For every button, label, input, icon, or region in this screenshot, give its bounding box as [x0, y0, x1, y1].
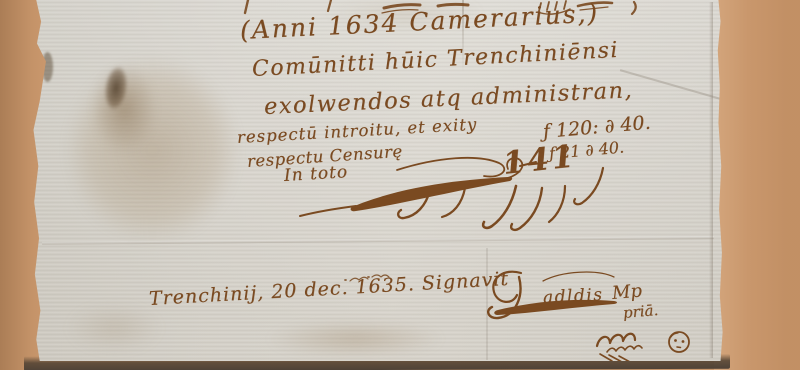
- amount-total: 141: [501, 138, 578, 182]
- paper-right-edge-shade: [709, 2, 713, 358]
- photo-of-manuscript: (Anni 1634 Camerarius,) Comūnitti hūic T…: [0, 0, 800, 370]
- subscription-flourish: [597, 334, 642, 362]
- total-descender-strokes: [398, 168, 603, 230]
- amount-introitus-exitus: ƒ 120: ∂ 40.: [542, 112, 651, 143]
- line-anni-camerarius: (Anni 1634 Camerarius,): [239, 0, 599, 45]
- bottom-center-stain: [238, 314, 473, 364]
- manuscript-paper: (Anni 1634 Camerarius,) Comūnitti hūic T…: [30, 0, 724, 361]
- subscription-manu-propria-bottom: priā.: [622, 301, 659, 322]
- line-exolvendos: exolwendos atq administran,: [263, 77, 633, 120]
- subscription-manu-propria-top: Mp: [611, 280, 643, 304]
- fold-crease-vertical-bottom: [486, 248, 488, 360]
- smiley-face-mark: [669, 332, 689, 352]
- wooden-table-right: [714, 0, 800, 370]
- dateline-trenchin: Trenchinij, 20 dec. 1635. Signavit: [148, 268, 509, 310]
- line-comunitati: Comūnitti hūic Trenchiniēnsi: [251, 38, 619, 82]
- signature-name-tail: adldis: [542, 285, 603, 308]
- line-in-toto: In toto: [283, 162, 348, 186]
